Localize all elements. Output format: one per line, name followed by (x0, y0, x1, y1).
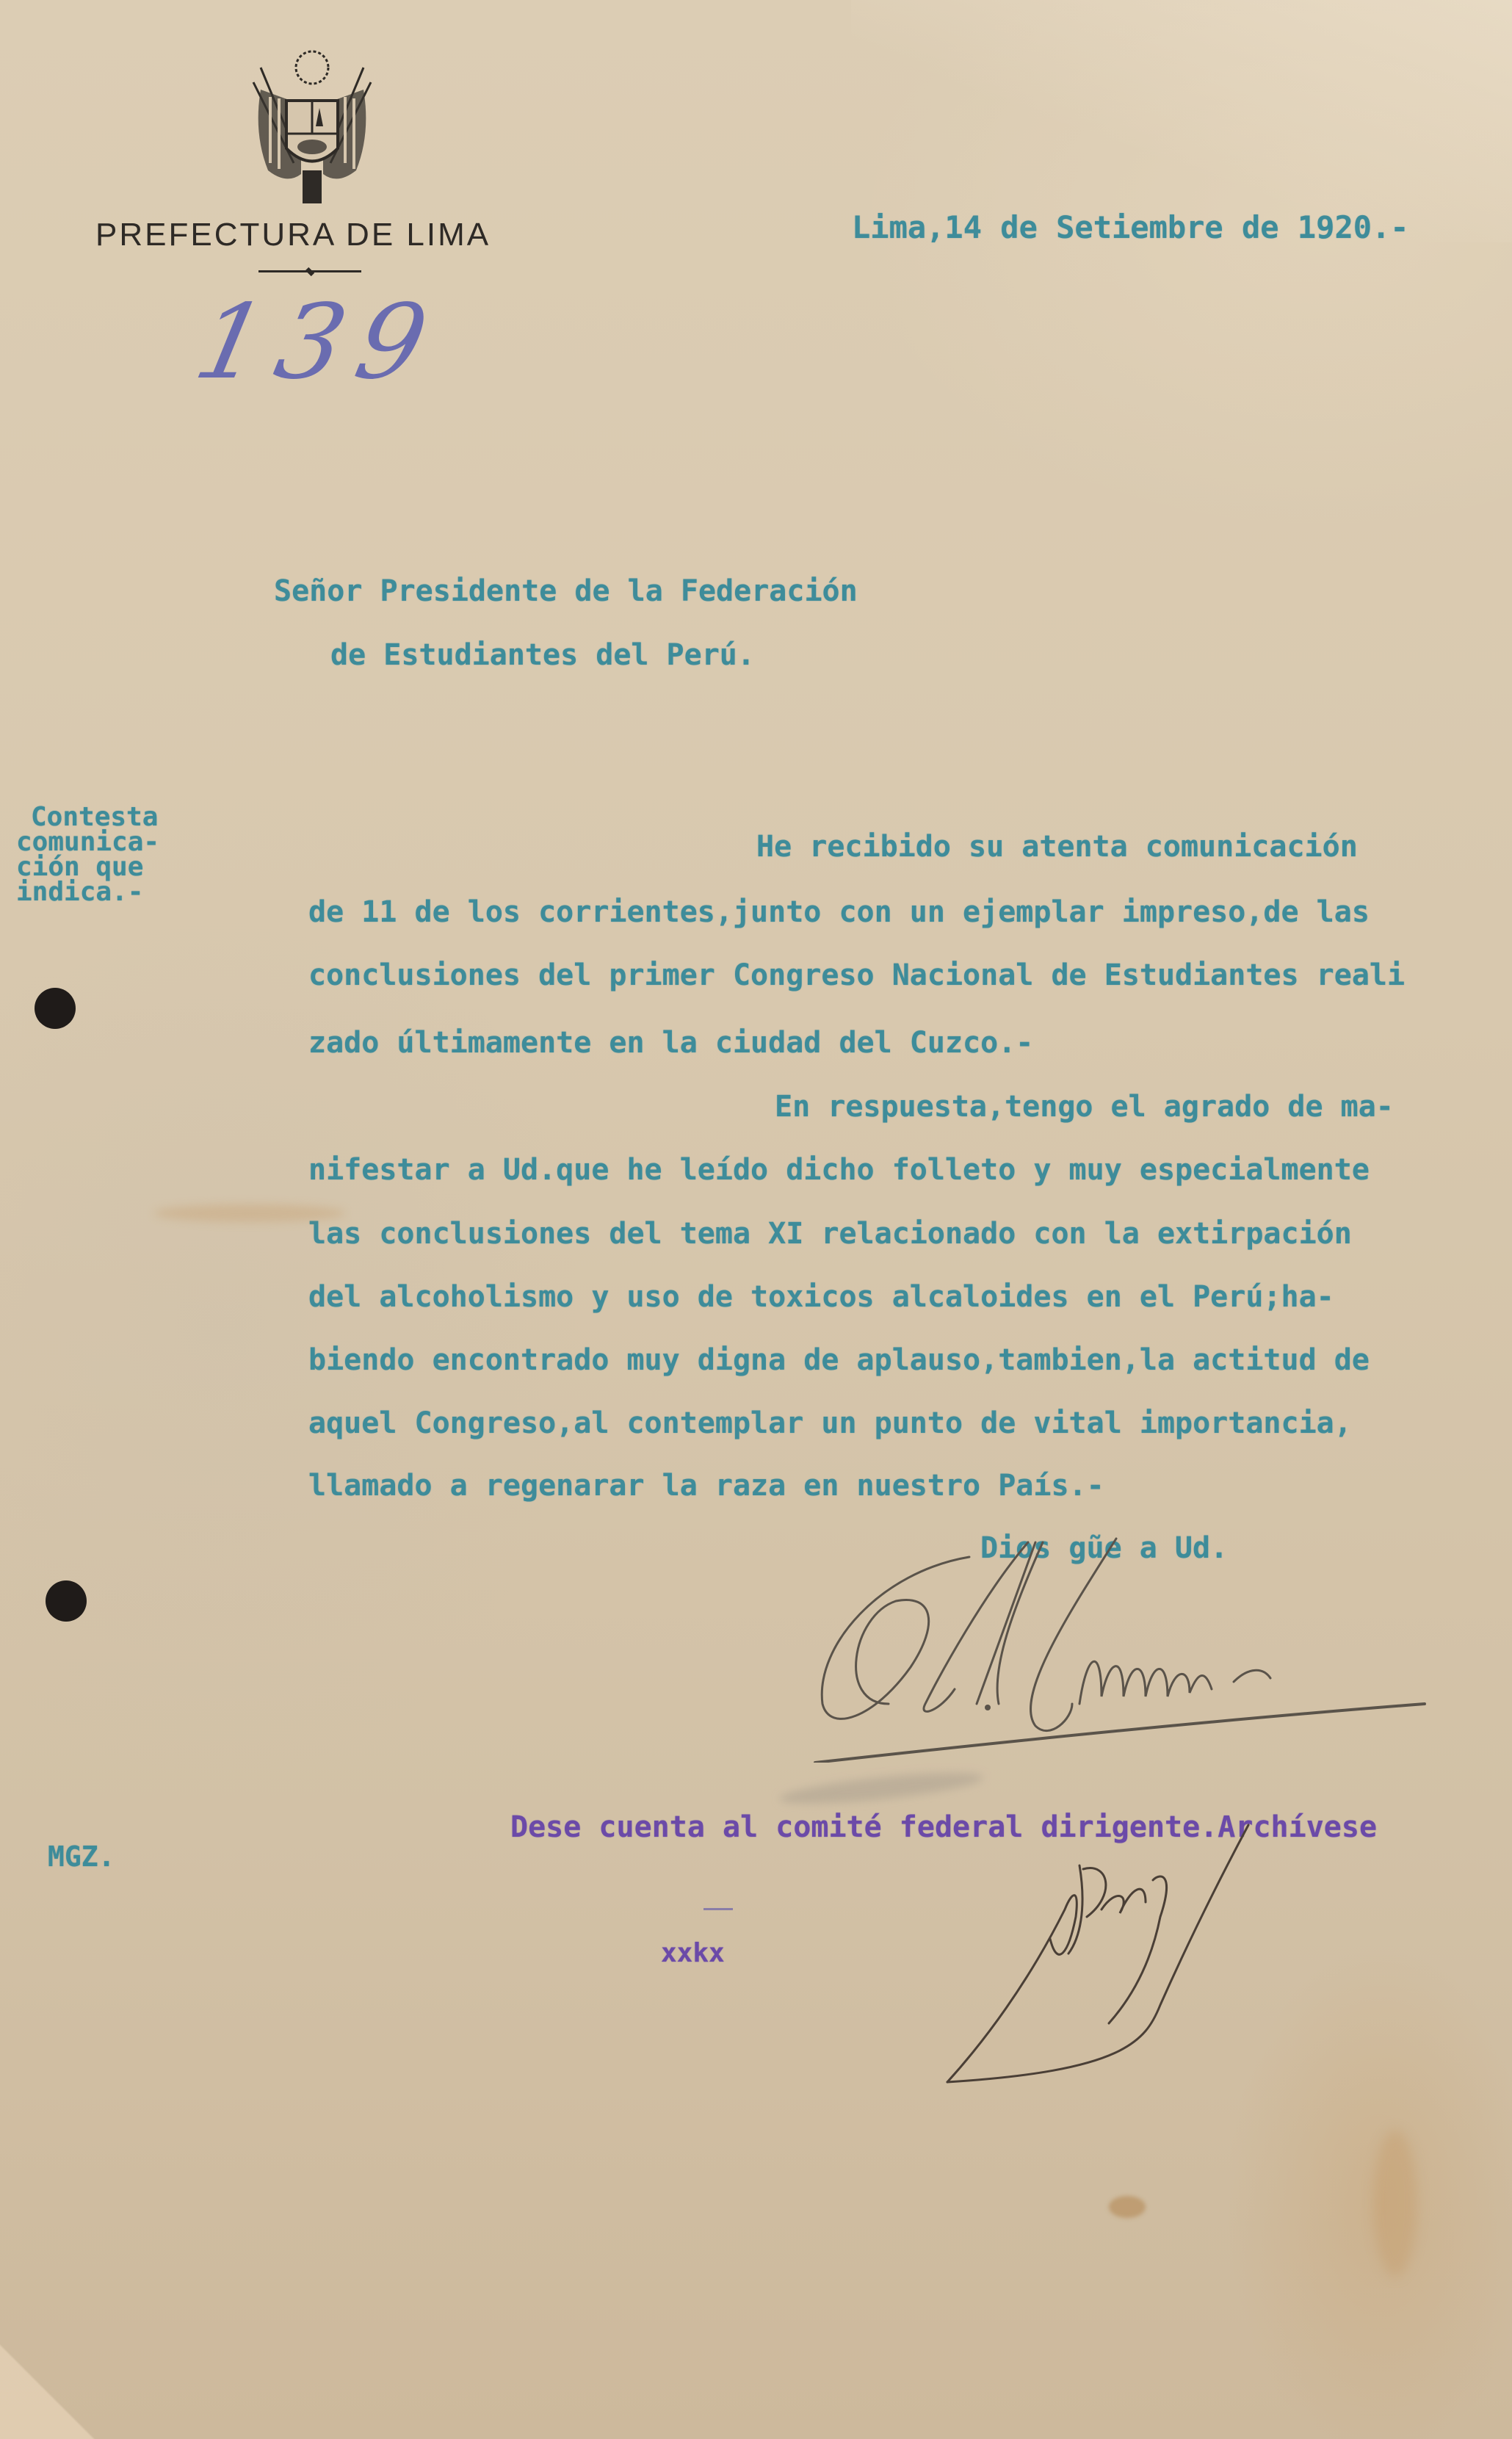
body-line: aquel Congreso,al contemplar un punto de… (308, 1409, 1352, 1438)
typist-initials: MGZ. (48, 1842, 115, 1871)
signature (793, 1528, 1439, 1763)
body-line: biendo encontrado muy digna de aplauso,t… (308, 1345, 1370, 1375)
body-line: zado últimamente en la ciudad del Cuzco.… (308, 1028, 1033, 1058)
peru-coat-of-arms-icon (242, 46, 382, 207)
paper-stain (1373, 2130, 1417, 2277)
body-line: conclusiones del primer Congreso Naciona… (308, 961, 1405, 990)
paper-corner-fold (0, 2277, 147, 2439)
margin-note: Contesta comunica- ción que indica.- (16, 802, 159, 908)
body-line: nifestar a Ud.que he leído dicho folleto… (308, 1155, 1370, 1185)
addressee-line-1: Señor Presidente de la Federación (274, 577, 858, 606)
paper-stain (1109, 2196, 1146, 2218)
hole-punch (46, 1580, 87, 1622)
date-line: Lima,14 de Setiembre de 1920.- (852, 213, 1409, 242)
dash-mark (703, 1908, 733, 1910)
letterhead-title: PREFECTURA DE LIMA (95, 217, 491, 253)
hole-punch (35, 988, 76, 1029)
body-line: llamado a regenarar la raza en nuestro P… (308, 1471, 1104, 1500)
body-line: del alcoholismo y uso de toxicos alcaloi… (308, 1282, 1334, 1312)
margin-note-line: indica.- (16, 877, 159, 908)
letterhead-ornament-rule (258, 270, 361, 272)
paper-fold-highlight (851, 0, 1512, 242)
body-line: He recibido su atenta comunicación (756, 832, 1358, 861)
paper-stain (154, 1204, 345, 1222)
strikeout-mark: xxkx (661, 1939, 725, 1968)
body-line: de 11 de los corrientes,junto con un eje… (308, 897, 1370, 927)
addressee-line-2: de Estudiantes del Perú. (330, 640, 755, 670)
body-line: las conclusiones del tema XI relacionado… (308, 1219, 1352, 1249)
annotation-signature (940, 1821, 1278, 2086)
body-line: En respuesta,tengo el agrado de ma- (775, 1092, 1394, 1121)
handwritten-file-number: 139 (186, 283, 452, 402)
